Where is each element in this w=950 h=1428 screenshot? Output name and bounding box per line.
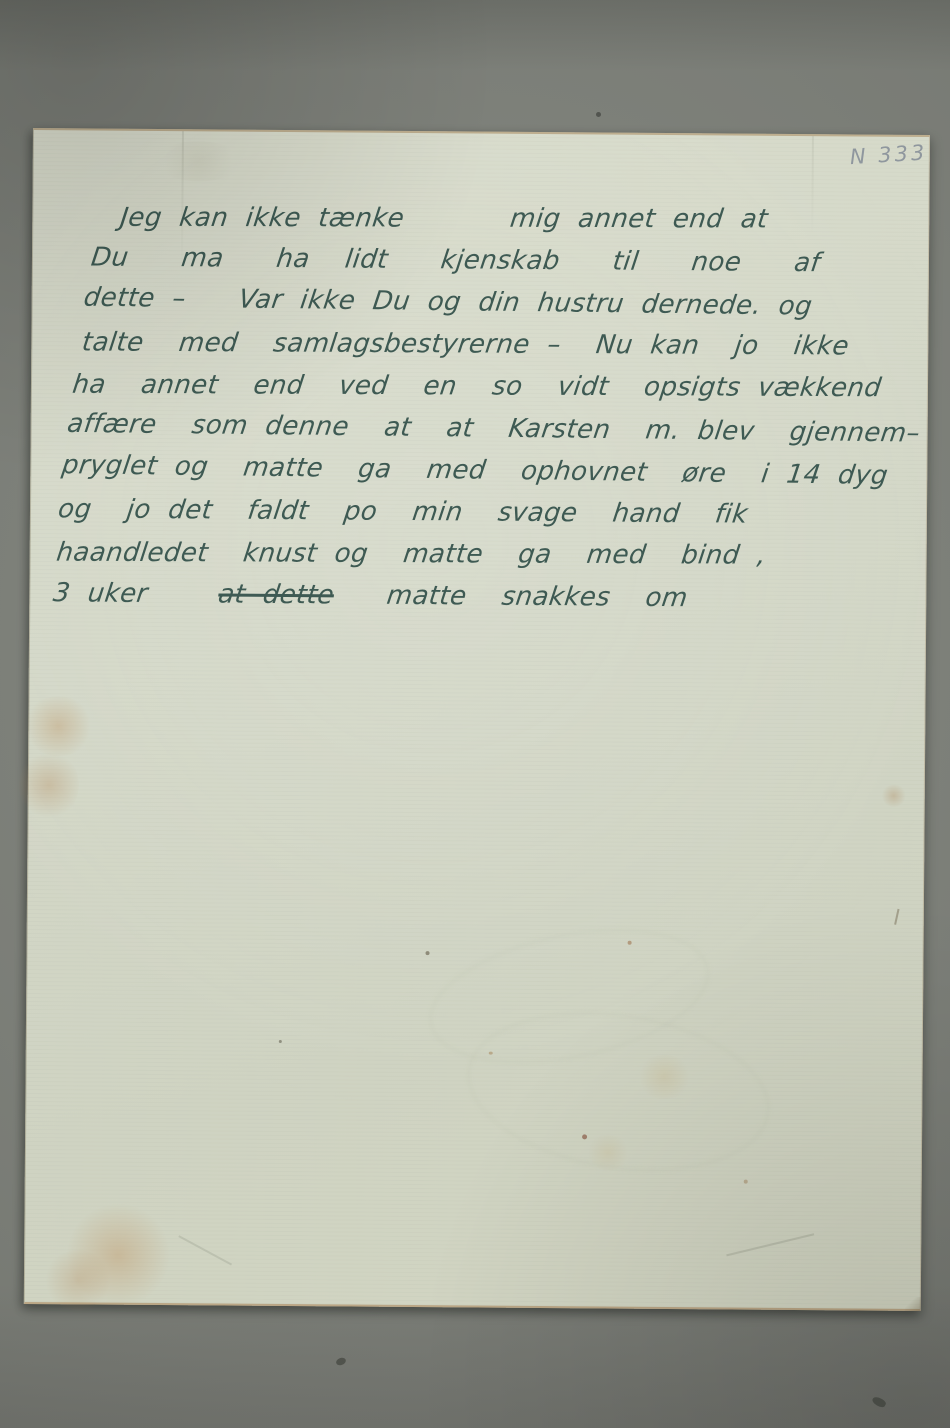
paper-stain xyxy=(63,1202,174,1308)
handwritten-text: pryglet og matte ga med ophovnet øre i 1… xyxy=(60,450,890,491)
background-speck xyxy=(335,1357,347,1367)
archive-number-pencil: N 333 xyxy=(849,140,928,169)
handwritten-text: matte snakkes om xyxy=(332,580,690,613)
manuscript-line: dette – Var ikke Du og din hustru derned… xyxy=(81,277,898,329)
paper-stain xyxy=(881,785,907,807)
paper-speck xyxy=(582,1134,587,1139)
handwritten-text: og jo det faldt po min svage hand fik xyxy=(56,494,749,529)
manuscript-line: 3 uker at dette matte snakkes om xyxy=(51,572,860,620)
paper-speck xyxy=(426,951,430,955)
paper-speck xyxy=(279,1040,282,1043)
handwritten-text: affære som denne at at Karsten m. blev g… xyxy=(65,409,921,449)
corner-fold xyxy=(905,1297,921,1311)
handwritten-text: haandledet knust og matte ga med bind , xyxy=(55,538,768,571)
handwritten-text: Du ma ha lidt kjenskab til noe af xyxy=(89,242,822,278)
paper-speck xyxy=(744,1180,748,1184)
background-speck xyxy=(596,112,601,117)
paper-speck xyxy=(489,1052,493,1055)
ink-showthrough xyxy=(418,907,721,1085)
paper-stain xyxy=(19,750,80,820)
paper-scratch xyxy=(894,909,899,925)
photograph-background: N 333 Jeg kan ikke tænke mig annet end a… xyxy=(0,0,950,1428)
manuscript-page: N 333 Jeg kan ikke tænke mig annet end a… xyxy=(24,128,930,1311)
paper-stain xyxy=(636,1055,692,1099)
handwritten-text: 3 uker xyxy=(51,578,220,609)
manuscript-line: Jeg kan ikke tænke mig annet end at xyxy=(118,197,910,241)
handwritten-text: ha annet end ved en so vidt opsigts vækk… xyxy=(71,370,883,404)
manuscript-line: og jo det faldt po min svage hand fik xyxy=(56,488,871,536)
handwritten-text: Jeg kan ikke tænke mig annet end at xyxy=(119,203,770,235)
paper-stain xyxy=(586,1134,630,1170)
manuscript-line: ha annet end ved en so vidt opsigts vækk… xyxy=(70,364,888,410)
manuscript-line: talte med samlagsbestyrerne – Nu kan jo … xyxy=(79,321,893,367)
ink-showthrough xyxy=(457,993,780,1190)
paper-stain xyxy=(154,141,244,182)
manuscript-text: Jeg kan ikke tænke mig annet end atDu ma… xyxy=(43,195,910,621)
paper-speck xyxy=(628,941,632,945)
background-speck xyxy=(871,1395,887,1409)
struck-out-text: at dette xyxy=(216,579,335,610)
handwritten-text: talte med samlagsbestyrerne – Nu kan jo … xyxy=(80,327,851,361)
paper-stain xyxy=(43,1250,113,1311)
paper-crease xyxy=(178,1235,232,1265)
paper-stain xyxy=(23,696,93,757)
handwritten-text: dette – Var ikke Du og din hustru derned… xyxy=(82,283,814,322)
manuscript-line: haandledet knust og matte ga med bind , xyxy=(54,532,866,577)
paper-crease xyxy=(726,1233,814,1256)
